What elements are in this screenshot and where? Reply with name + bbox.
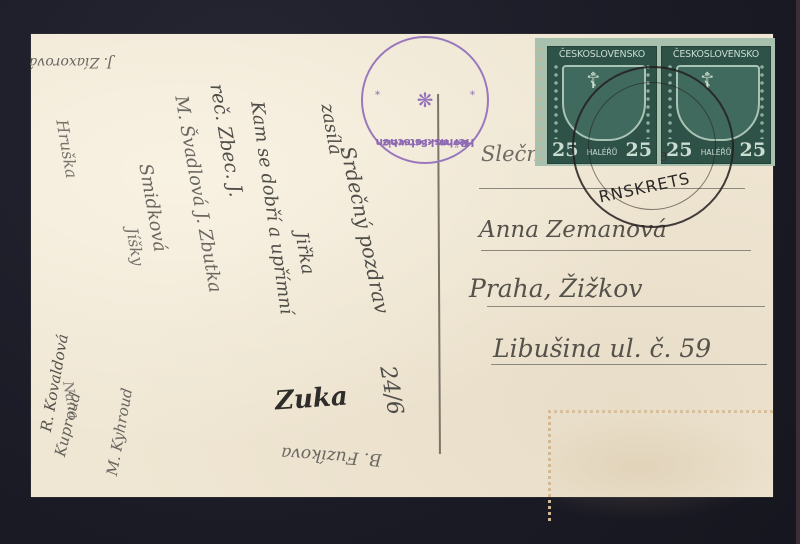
postmark-date: 3 <box>660 150 668 164</box>
cachet-bottom-text: Herrnskretschen <box>373 136 477 148</box>
stamp-value-right: 25 <box>740 139 766 161</box>
herrnskretschen-cachet: Böhm.-Schweiz * * ❋ Herrnskretschen <box>361 36 489 164</box>
message-line: M. Kyhroud <box>103 387 136 478</box>
message-line: reč. Zbec. J. <box>205 82 247 199</box>
signature: Zuka <box>274 381 349 416</box>
message-line: Jiřka <box>290 230 318 276</box>
message-line: Srdečný pozdrav <box>336 144 395 316</box>
stamp-ornament-left <box>551 63 561 139</box>
stamp-perforation <box>537 44 543 162</box>
address-line-3 <box>487 306 765 307</box>
cachet-separator-right: * <box>470 90 475 101</box>
stamp-country: ČESKOSLOVENSKO <box>548 49 656 60</box>
cachet-separator-left: * <box>375 90 380 101</box>
address-line-4 <box>491 364 767 365</box>
address-city: Praha, Žižkov <box>469 274 642 303</box>
backdrop-edge <box>796 0 800 544</box>
stamp-country: ČESKOSLOVENSKO <box>662 49 770 60</box>
removed-stamp-stain <box>548 410 773 521</box>
bottom-signature: B. Fuzíkova <box>280 443 382 470</box>
snowflake-star-icon: ❋ <box>417 88 434 112</box>
message-date: 24/6 <box>374 364 407 417</box>
message-line: Kam se dobří a upřímní <box>246 100 297 316</box>
message-line: J. Zíaxorová <box>29 54 113 70</box>
message-line: Jíšky <box>122 226 147 267</box>
address-line-2 <box>481 250 751 251</box>
message-line: zasílá <box>316 102 346 157</box>
address-street: Libušina ul. č. 59 <box>493 334 711 363</box>
message-line: Hruška <box>52 118 81 180</box>
